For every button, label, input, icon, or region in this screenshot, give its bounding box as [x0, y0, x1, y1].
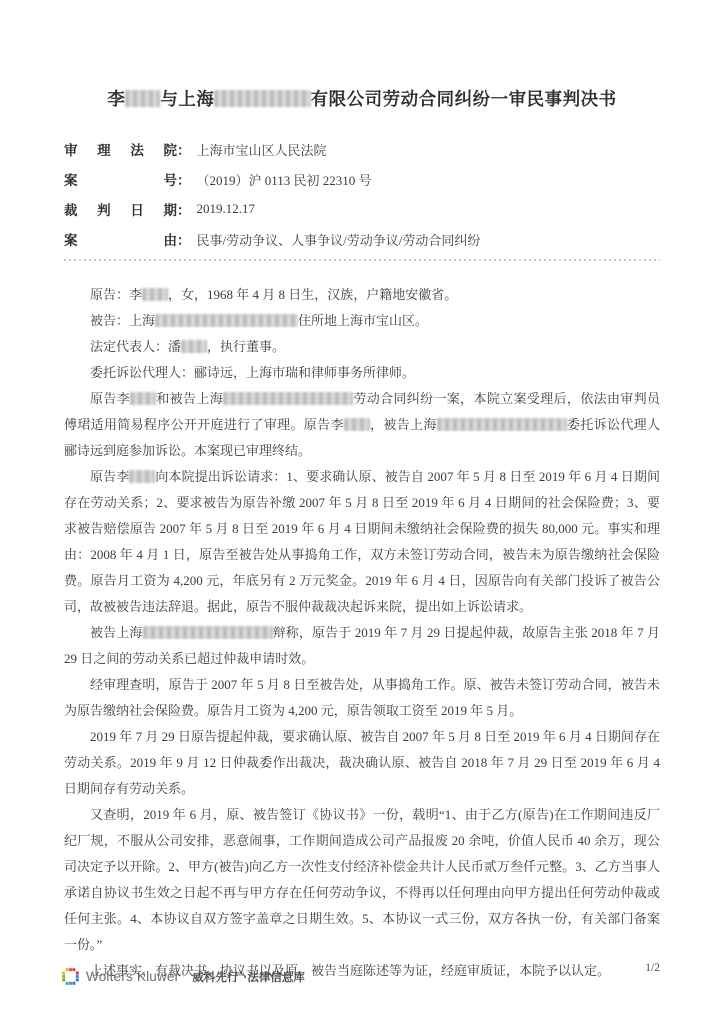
product-name-text: 威科先行 — [192, 972, 238, 984]
brand-group: Wolters Kluwer 威科先行®·法律信息库 — [62, 968, 305, 985]
text-segment: 2019 年 7 月 29 日原告提起仲裁，要求确认原、被告自 2007 年 5… — [64, 729, 660, 796]
redacted-text — [181, 340, 207, 353]
text-segment: 法定代表人：潘 — [90, 339, 181, 354]
redacted-text — [129, 470, 155, 483]
text-segment: ，被告上海 — [370, 417, 437, 432]
metadata-label-char: 案 — [64, 169, 78, 189]
redacted-text — [130, 392, 156, 405]
text-segment: 与上海 — [160, 89, 214, 109]
metadata-label-char: 法 — [130, 139, 144, 159]
page-footer: Wolters Kluwer 威科先行®·法律信息库 1/2 — [0, 968, 724, 990]
metadata-colon: ： — [177, 199, 191, 219]
metadata-value: 民事/劳动争议、人事争议/劳动争议/劳动合同纠纷 — [197, 230, 481, 249]
text-segment: 有限公司劳动合同纠纷一审民事判决书 — [311, 89, 617, 109]
paragraph: 原告李向本院提出诉讼请求：1、要求确认原、被告自 2007 年 5 月 8 日至… — [64, 464, 660, 620]
product-name-suffix: ·法律信息库 — [244, 972, 305, 984]
text-segment: 经审理查明，原告于 2007 年 5 月 8 日至被告处，从事捣角工作。原、被告… — [64, 677, 660, 718]
metadata-label-char: 院 — [163, 139, 177, 159]
metadata-colon: ： — [177, 229, 191, 249]
metadata-row: 案由：民事/劳动争议、人事争议/劳动争议/劳动合同纠纷 — [64, 224, 660, 254]
product-name: 威科先行®·法律信息库 — [192, 969, 305, 985]
text-segment: 被告上海 — [90, 625, 143, 640]
redacted-text — [344, 418, 370, 431]
metadata-label-char: 日 — [130, 199, 144, 219]
metadata-label: 案由 — [64, 229, 177, 249]
separator-line — [64, 259, 660, 261]
text-segment: 和被告上海 — [156, 391, 223, 406]
metadata-label-char: 案 — [64, 229, 78, 249]
metadata-value: 上海市宝山区人民法院 — [197, 140, 327, 159]
paragraph: 又查明，2019 年 6 月，原、被告签订《协议书》一份，载明“1、由于乙方(原… — [64, 802, 660, 958]
redacted-text — [142, 288, 168, 301]
page-number: 1/2 — [645, 962, 660, 974]
redacted-text — [155, 314, 298, 327]
document-page: 李与上海有限公司劳动合同纠纷一审民事判决书 审理法院：上海市宝山区人民法院案号：… — [0, 0, 724, 1024]
case-metadata: 审理法院：上海市宝山区人民法院案号：（2019）沪 0113 民初 22310 … — [64, 134, 660, 254]
metadata-label-char: 号 — [164, 169, 178, 189]
document-content: 李与上海有限公司劳动合同纠纷一审民事判决书 审理法院：上海市宝山区人民法院案号：… — [0, 0, 724, 984]
text-segment: 向本院提出诉讼请求：1、要求确认原、被告自 2007 年 5 月 8 日至 20… — [64, 469, 660, 614]
metadata-label-char: 裁 — [64, 199, 78, 219]
metadata-label: 审理法院 — [64, 139, 177, 159]
text-segment: 住所地上海市宝山区。 — [298, 313, 428, 328]
metadata-value: （2019）沪 0113 民初 22310 号 — [197, 170, 372, 189]
text-segment: 原告李 — [90, 469, 129, 484]
brand-name: Wolters Kluwer — [86, 969, 179, 984]
metadata-label-char: 由 — [164, 229, 178, 249]
document-body: 原告：李，女，1968 年 4 月 8 日生，汉族，户籍地安徽省。被告：上海住所… — [64, 282, 660, 984]
paragraph: 原告：李，女，1968 年 4 月 8 日生，汉族，户籍地安徽省。 — [64, 282, 660, 308]
text-segment: 被告：上海 — [90, 313, 155, 328]
wolters-kluwer-logo-icon — [62, 968, 79, 985]
metadata-row: 裁判日期：2019.12.17 — [64, 194, 660, 224]
text-segment: 委托诉讼代理人：郦诗远，上海市瑞和律师事务所律师。 — [90, 365, 415, 380]
redacted-text — [437, 418, 567, 431]
text-segment: 原告李 — [90, 391, 130, 406]
paragraph: 委托诉讼代理人：郦诗远，上海市瑞和律师事务所律师。 — [64, 360, 660, 386]
paragraph: 2019 年 7 月 29 日原告提起仲裁，要求确认原、被告自 2007 年 5… — [64, 724, 660, 802]
metadata-label-char: 审 — [64, 139, 78, 159]
text-segment: ，女，1968 年 4 月 8 日生，汉族，户籍地安徽省。 — [168, 287, 457, 302]
document-title: 李与上海有限公司劳动合同纠纷一审民事判决书 — [64, 0, 660, 112]
metadata-row: 审理法院：上海市宝山区人民法院 — [64, 134, 660, 164]
metadata-colon: ： — [177, 139, 191, 159]
metadata-label-char: 判 — [97, 199, 111, 219]
metadata-value: 2019.12.17 — [197, 201, 256, 217]
text-segment: 李 — [107, 89, 125, 109]
redacted-text — [223, 392, 353, 405]
text-segment: ，执行董事。 — [207, 339, 285, 354]
paragraph: 原告李和被告上海劳动合同纠纷一案，本院立案受理后，依法由审判员傅珺适用简易程序公… — [64, 386, 660, 464]
redacted-text — [125, 90, 160, 108]
metadata-label-char: 期 — [163, 199, 177, 219]
metadata-row: 案号：（2019）沪 0113 民初 22310 号 — [64, 164, 660, 194]
text-segment: 又查明，2019 年 6 月，原、被告签订《协议书》一份，载明“1、由于乙方(原… — [64, 807, 660, 952]
redacted-text — [214, 90, 310, 108]
paragraph: 法定代表人：潘，执行董事。 — [64, 334, 660, 360]
paragraph: 经审理查明，原告于 2007 年 5 月 8 日至被告处，从事捣角工作。原、被告… — [64, 672, 660, 724]
paragraph: 被告：上海住所地上海市宝山区。 — [64, 308, 660, 334]
paragraph: 被告上海辩称，原告于 2019 年 7 月 29 日提起仲裁，故原告主张 201… — [64, 620, 660, 672]
metadata-label: 裁判日期 — [64, 199, 177, 219]
metadata-label-char: 理 — [97, 139, 111, 159]
text-segment: 原告：李 — [90, 287, 142, 302]
redacted-text — [143, 626, 273, 639]
metadata-colon: ： — [177, 169, 191, 189]
metadata-label: 案号 — [64, 169, 177, 189]
